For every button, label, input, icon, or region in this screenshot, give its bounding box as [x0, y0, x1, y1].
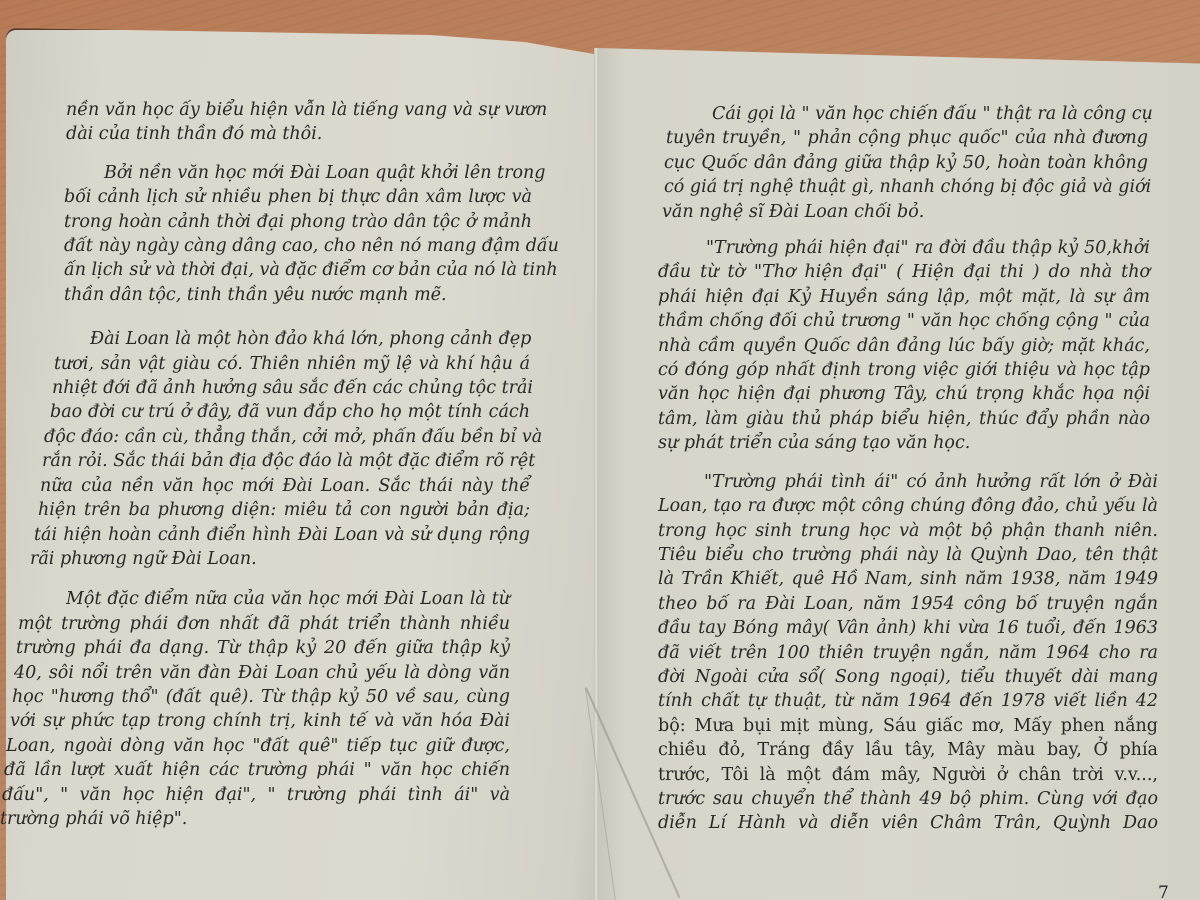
text-line: Loan, ngoài dòng văn học "đất quê" tiếp … — [6, 734, 510, 758]
text-line: rắn rỏi. Sắc thái bản địa độc đáo là một… — [42, 449, 530, 473]
paragraph: "Trường phái tình ái" có ảnh hưởng rất l… — [658, 470, 1158, 836]
paragraph: "Trường phái hiện đại" ra đời đầu thập k… — [658, 236, 1150, 456]
text-line: nhà cầm quyền Quốc dân đảng lúc bấy giờ;… — [658, 334, 1150, 358]
text-line: đã lần lượt xuất hiện các trường phái " … — [4, 758, 510, 782]
text-line: tươi, sản vật giàu có. Thiên nhiên mỹ lệ… — [54, 352, 530, 376]
text-line: phái hiện đại Kỷ Huyền sáng lập, một mặt… — [658, 285, 1150, 309]
text-line: Một đặc điểm nữa của văn học mới Đài Loa… — [10, 587, 510, 611]
text-line: trước sau chuyển thể thành 49 bộ phim. C… — [658, 787, 1158, 811]
text-line: văn học hiện đại phương Tây, chú trọng k… — [658, 382, 1150, 406]
text-line: có đóng góp nhất định trong việc giới th… — [658, 358, 1150, 382]
text-line: là Trần Khiết, quê Hồ Nam, sinh năm 1938… — [658, 567, 1158, 591]
text-line: hiện trên ba phương diện: miêu tả con ng… — [38, 498, 530, 522]
text-line: bao đời cư trú ở đây, đã vun đắp cho họ … — [50, 400, 530, 424]
text-line: dài của tinh thần đó mà thôi. — [66, 122, 532, 146]
text-line: tuyên truyền, " phản cộng phục quốc" của… — [666, 126, 1148, 150]
text-line: trường phái võ hiệp". — [0, 807, 510, 831]
text-line: tính chất tự thuật, từ năm 1964 đến 1978… — [658, 689, 1158, 713]
text-line: thầm chống đối chủ trương " văn học chốn… — [658, 309, 1150, 333]
paragraph: Đài Loan là một hòn đảo khá lớn, phong c… — [0, 327, 530, 571]
text-line: trước, Tôi là một đám mây, Người ở chân … — [658, 763, 1158, 787]
text-line: có giá trị nghệ thuật gì, nhanh chóng bị… — [664, 175, 1148, 199]
text-line: nữa của nền văn học mới Đài Loan. Sắc th… — [40, 474, 530, 498]
text-line: sự phát triển của sáng tạo văn học. — [658, 431, 1150, 455]
text-line: tái hiện hoàn cảnh điển hình Đài Loan và… — [34, 523, 530, 547]
text-line: nền văn học ấy biểu hiện vẫn là tiếng va… — [66, 98, 532, 122]
paragraph: Một đặc điểm nữa của văn học mới Đài Loa… — [0, 587, 510, 831]
text-line: đã viết trên 100 thiên truyện ngắn, năm … — [658, 641, 1158, 665]
text-line: trường phái đa dạng. Từ thập kỷ 20 đến g… — [16, 636, 510, 660]
text-line: đời Ngoài cửa sổ( Song ngoại), tiểu thuy… — [658, 665, 1158, 689]
text-line: trong học sinh trung học và một bộ phận … — [658, 519, 1158, 543]
text-line: với sự phức tạp trong chính trị, kinh tế… — [10, 709, 510, 733]
text-line: "Trường phái hiện đại" ra đời đầu thập k… — [658, 236, 1150, 260]
paragraph: Bởi nền văn học mới Đài Loan quật khởi l… — [0, 161, 532, 307]
text-line: Cái gọi là " văn học chiến đấu " thật ra… — [668, 102, 1148, 126]
text-line: thần dân tộc, tinh thần yêu nước mạnh mẽ… — [64, 283, 532, 307]
text-line: bộ: Mưa bụi mịt mùng, Sáu giấc mơ, Mấy p… — [658, 714, 1158, 738]
text-line: đất này ngày càng dâng cao, cho nên nó m… — [64, 234, 532, 258]
text-line: "Trường phái tình ái" có ảnh hưởng rất l… — [658, 470, 1158, 494]
text-line: 40, sôi nổi trên văn đàn Đài Loan chủ yế… — [14, 661, 510, 685]
text-line: văn nghệ sĩ Đài Loan chối bỏ. — [662, 200, 1148, 224]
text-line: đầu từ tờ "Thơ hiện đại" ( Hiện đại thi … — [658, 260, 1150, 284]
text-line: đầu tay Bóng mây( Vân ảnh) khi vừa 16 tu… — [658, 616, 1158, 640]
paragraph: nền văn học ấy biểu hiện vẫn là tiếng va… — [0, 98, 532, 147]
text-line: Tiêu biểu cho trường phái này là Quỳnh D… — [658, 543, 1158, 567]
text-line: cục Quốc dân đảng giữa thập kỷ 50, hoàn … — [664, 151, 1148, 175]
text-line: theo bố ra Đài Loan, năm 1954 công bố tr… — [658, 592, 1158, 616]
text-line: một trường phái đơn nhất đã phát triển t… — [18, 612, 510, 636]
text-line: trong hoàn cảnh thời đại phong trào dân … — [64, 210, 532, 234]
text-line: chiều đỏ, Tráng đầy lầu tây, Mây màu bay… — [658, 738, 1158, 762]
paragraph: Cái gọi là " văn học chiến đấu " thật ra… — [668, 102, 1148, 224]
text-line: diễn Lí Hành và diễn viên Châm Trân, Quỳ… — [658, 811, 1158, 835]
text-line: rãi phương ngữ Đài Loan. — [30, 547, 530, 571]
text-line: Bởi nền văn học mới Đài Loan quật khởi l… — [64, 161, 532, 185]
left-page-text: nền văn học ấy biểu hiện vẫn là tiếng va… — [0, 98, 530, 845]
text-line: đấu", " văn học hiện đại", " trường phái… — [2, 783, 510, 807]
text-line: Loan, tạo ra được một công chúng đông đả… — [658, 494, 1158, 518]
text-line: học "hương thổ" (đất quê). Từ thập kỷ 50… — [12, 685, 510, 709]
text-line: nhiệt đới đã ảnh hưởng sâu sắc đến các c… — [52, 376, 530, 400]
text-line: Đài Loan là một hòn đảo khá lớn, phong c… — [34, 327, 530, 351]
text-line: ấn lịch sử và thời đại, và đặc điểm cơ b… — [64, 258, 532, 282]
text-line: tâm, làm giàu thủ pháp biểu hiện, thúc đ… — [658, 407, 1150, 431]
text-line: độc đáo: cần cù, thẳng thắn, cởi mở, phấ… — [44, 425, 530, 449]
right-page-text: Cái gọi là " văn học chiến đấu " thật ra… — [658, 102, 1158, 850]
page-number: 7 — [1158, 883, 1169, 900]
text-line: bối cảnh lịch sử nhiều phen bị thực dân … — [64, 185, 532, 209]
